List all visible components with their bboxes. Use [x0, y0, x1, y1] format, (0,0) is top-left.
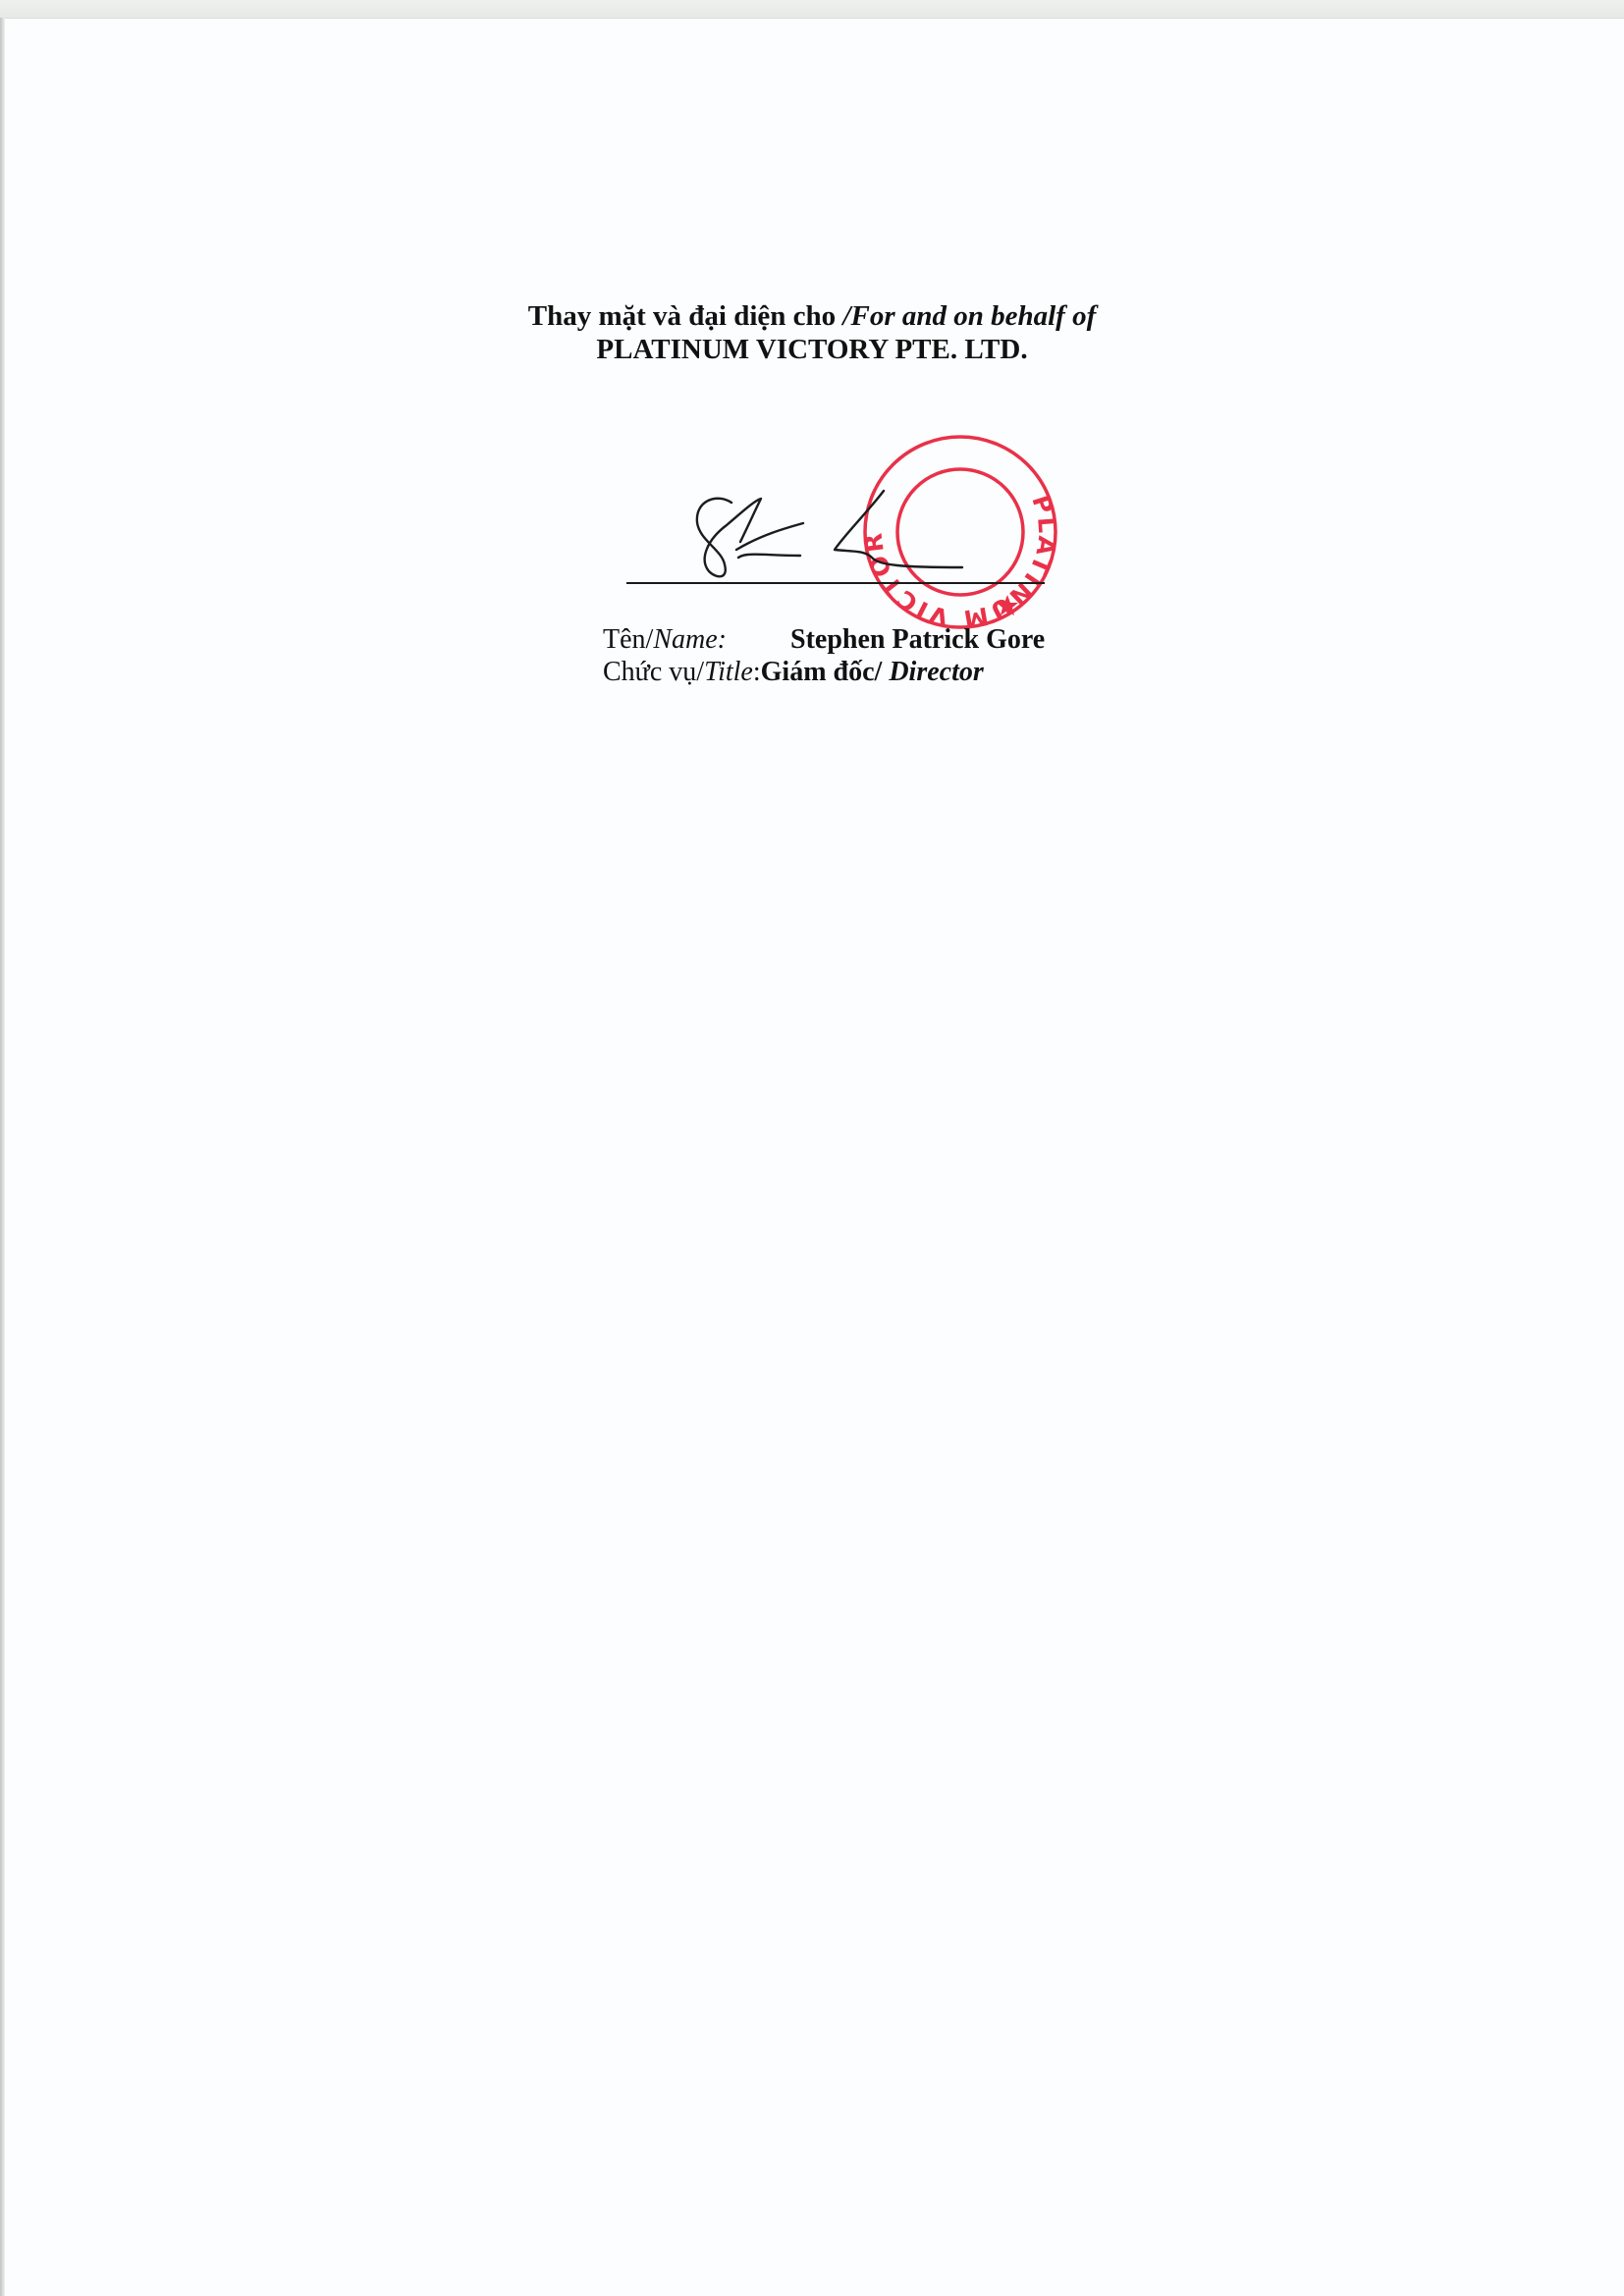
- name-label-en: Name:: [653, 624, 727, 655]
- title-label-en: Title: [704, 657, 753, 687]
- name-value: Stephen Patrick Gore: [790, 624, 1045, 655]
- company-name: PLATINUM VICTORY PTE. LTD.: [0, 334, 1624, 366]
- title-value-vi: Giám đốc/: [761, 657, 890, 687]
- title-row: Chức vụ/Title: Giám đốc/ Director: [603, 657, 984, 688]
- title-label-colon: :: [753, 657, 761, 687]
- name-label: Tên/Name:: [603, 624, 790, 656]
- title-value-en: Director: [889, 657, 983, 687]
- name-label-vi: Tên/: [603, 624, 653, 655]
- title-value: Giám đốc/ Director: [761, 657, 984, 687]
- handwritten-signature: [677, 481, 992, 609]
- behalf-heading-vi: Thay mặt và đại diện cho: [528, 300, 843, 332]
- scan-border-top: [0, 0, 1624, 19]
- behalf-heading: Thay mặt và đại diện cho /For and on beh…: [0, 300, 1624, 333]
- signature-line: [626, 582, 1045, 584]
- name-row: Tên/Name:Stephen Patrick Gore: [603, 624, 1045, 656]
- behalf-heading-en: /For and on behalf of: [842, 300, 1096, 332]
- title-label: Chức vụ/Title:: [603, 657, 761, 688]
- title-label-vi: Chức vụ/: [603, 657, 704, 687]
